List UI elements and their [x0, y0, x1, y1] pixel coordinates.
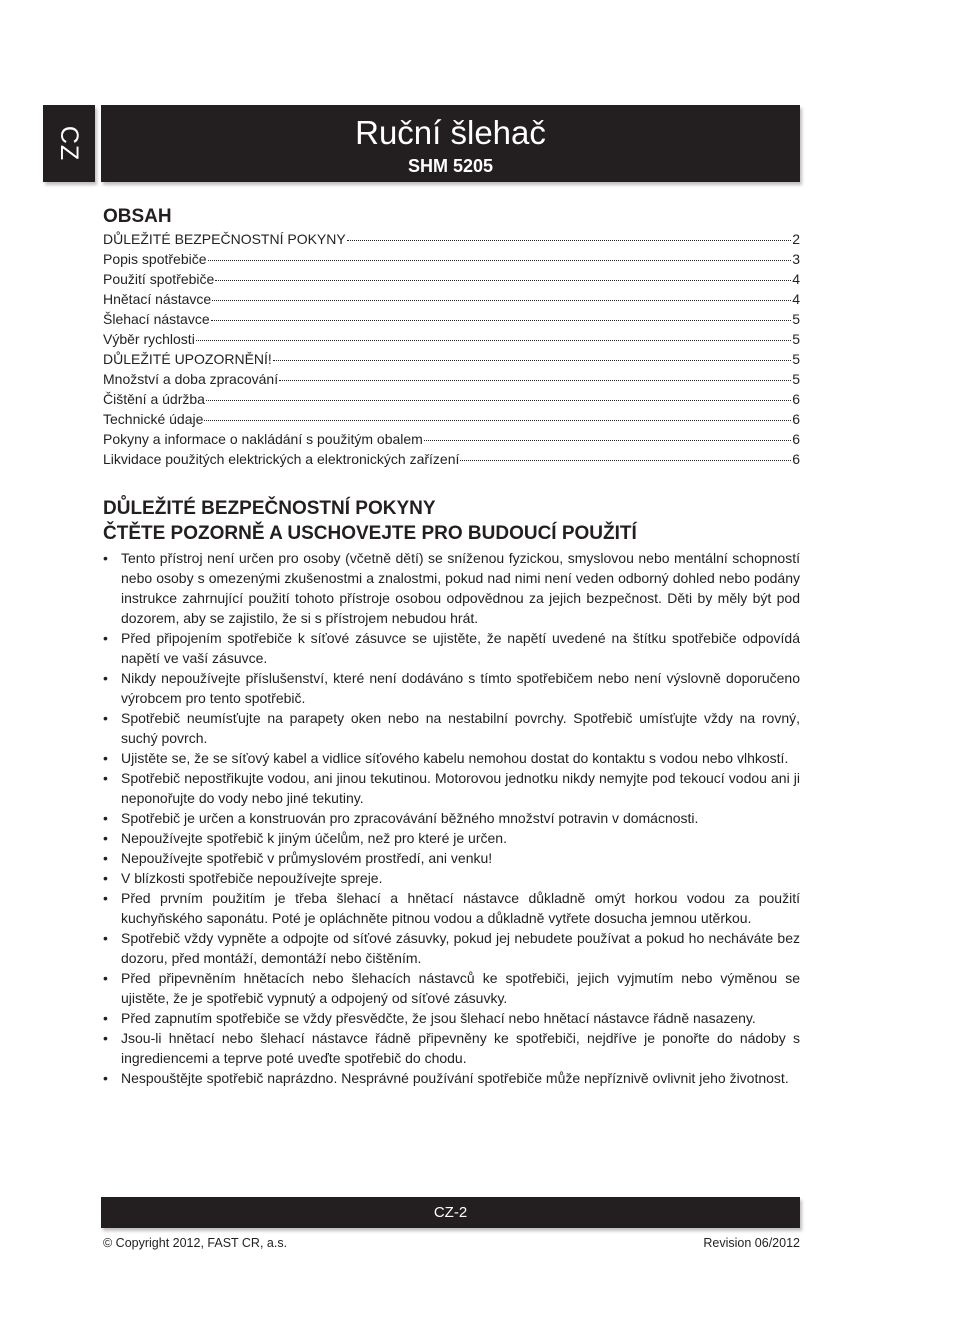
safety-item: •Před zapnutím spotřebiče se vždy přesvě…	[103, 1008, 800, 1028]
bullet-icon: •	[103, 668, 108, 688]
bullet-icon: •	[103, 968, 108, 988]
bullet-icon: •	[103, 888, 108, 908]
toc-entry-label: Výběr rychlosti	[103, 329, 195, 349]
toc-entry-page: 4	[792, 289, 800, 309]
toc-entry[interactable]: Technické údaje6	[103, 409, 800, 429]
bullet-icon: •	[103, 1008, 108, 1028]
toc-leader-dots	[212, 300, 791, 301]
safety-item-text: Před prvním použitím je třeba šlehací a …	[121, 890, 800, 926]
toc-entry[interactable]: Použití spotřebiče4	[103, 269, 800, 289]
toc-leader-dots	[206, 400, 791, 401]
toc-entry-label: Hnětací nástavce	[103, 289, 211, 309]
safety-item-text: Ujistěte se, že se síťový kabel a vidlic…	[121, 750, 788, 766]
model-number: SHM 5205	[101, 155, 800, 177]
bullet-icon: •	[103, 1028, 108, 1048]
title-banner: Ruční šlehač SHM 5205	[101, 105, 800, 182]
bullet-icon: •	[103, 808, 108, 828]
document-title: Ruční šlehač	[101, 113, 800, 153]
safety-item-text: Nepoužívejte spotřebič v průmyslovém pro…	[121, 850, 492, 866]
safety-item: •Nikdy nepoužívejte příslušenství, které…	[103, 668, 800, 708]
safety-item: •V blízkosti spotřebiče nepoužívejte spr…	[103, 868, 800, 888]
toc-entry-page: 3	[792, 249, 800, 269]
toc-entry[interactable]: Likvidace použitých elektrických a elekt…	[103, 449, 800, 469]
toc-leader-dots	[215, 280, 791, 281]
bullet-icon: •	[103, 928, 108, 948]
toc-entry-label: Popis spotřebiče	[103, 249, 207, 269]
safety-item-text: Nikdy nepoužívejte příslušenství, které …	[121, 670, 800, 706]
bullet-icon: •	[103, 548, 108, 568]
toc-entry-page: 6	[792, 409, 800, 429]
page-number: CZ-2	[434, 1204, 467, 1221]
safety-item-text: Spotřebič je určen a konstruován pro zpr…	[121, 810, 698, 826]
toc-entry-page: 2	[792, 229, 800, 249]
safety-item-text: Před zapnutím spotřebiče se vždy přesvěd…	[121, 1010, 756, 1026]
safety-item: •Tento přístroj není určen pro osoby (vč…	[103, 548, 800, 628]
language-code: CZ	[54, 126, 83, 161]
bullet-icon: •	[103, 708, 108, 728]
toc-entry-label: Technické údaje	[103, 409, 203, 429]
toc-entry-page: 5	[792, 369, 800, 389]
page-number-bar: CZ-2	[101, 1197, 800, 1228]
language-tab: CZ	[43, 105, 95, 182]
safety-item: •Před připevněním hnětacích nebo šlehací…	[103, 968, 800, 1008]
safety-item: •Spotřebič nepostřikujte vodou, ani jino…	[103, 768, 800, 808]
toc-entry-label: Množství a doba zpracování	[103, 369, 278, 389]
safety-item-text: Spotřebič nepostřikujte vodou, ani jinou…	[121, 770, 800, 806]
bullet-icon: •	[103, 1068, 108, 1088]
toc-entry[interactable]: Čištění a údržba6	[103, 389, 800, 409]
safety-list: •Tento přístroj není určen pro osoby (vč…	[103, 548, 800, 1088]
toc-heading: OBSAH	[103, 206, 800, 228]
toc-leader-dots	[208, 260, 792, 261]
safety-item: •Nepoužívejte spotřebič v průmyslovém pr…	[103, 848, 800, 868]
copyright: © Copyright 2012, FAST CR, a.s.	[103, 1235, 287, 1251]
bullet-icon: •	[103, 868, 108, 888]
toc-entry[interactable]: Hnětací nástavce4	[103, 289, 800, 309]
safety-item: •Nespouštějte spotřebič naprázdno. Nespr…	[103, 1068, 800, 1088]
revision: Revision 06/2012	[703, 1235, 800, 1251]
toc-entry-page: 6	[792, 389, 800, 409]
safety-item: •Jsou-li hnětací nebo šlehací nástavce ř…	[103, 1028, 800, 1068]
safety-item: •Spotřebič je určen a konstruován pro zp…	[103, 808, 800, 828]
safety-item-text: Tento přístroj není určen pro osoby (vče…	[121, 550, 800, 626]
toc-entry-label: Čištění a údržba	[103, 389, 205, 409]
bullet-icon: •	[103, 748, 108, 768]
toc-leader-dots	[279, 380, 791, 381]
toc-entry-page: 6	[792, 429, 800, 449]
toc-entry[interactable]: Pokyny a informace o nakládání s použitý…	[103, 429, 800, 449]
safety-item: •Nepoužívejte spotřebič k jiným účelům, …	[103, 828, 800, 848]
safety-heading: DŮLEŽITÉ BEZPEČNOSTNÍ POKYNY	[103, 496, 800, 521]
safety-item-text: Spotřebič vždy vypněte a odpojte od síťo…	[121, 930, 800, 966]
safety-item-text: Jsou-li hnětací nebo šlehací nástavce řá…	[121, 1030, 800, 1066]
safety-item-text: Před připojením spotřebiče k síťové zásu…	[121, 630, 800, 666]
safety-item-text: Spotřebič neumísťujte na parapety oken n…	[121, 710, 800, 746]
toc-entry-page: 5	[792, 309, 800, 329]
toc-leader-dots	[196, 340, 791, 341]
toc-entry[interactable]: DŮLEŽITÉ UPOZORNĚNÍ!5	[103, 349, 800, 369]
safety-item: •Ujistěte se, že se síťový kabel a vidli…	[103, 748, 800, 768]
toc-entry-label: Použití spotřebiče	[103, 269, 214, 289]
safety-item: •Spotřebič vždy vypněte a odpojte od síť…	[103, 928, 800, 968]
toc-entry-label: DŮLEŽITÉ UPOZORNĚNÍ!	[103, 349, 272, 369]
toc-entry-page: 5	[792, 329, 800, 349]
toc-entry-label: Šlehací nástavce	[103, 309, 210, 329]
safety-item-text: Před připevněním hnětacích nebo šlehacíc…	[121, 970, 800, 1006]
table-of-contents: OBSAH DŮLEŽITÉ BEZPEČNOSTNÍ POKYNY2Popis…	[103, 206, 800, 469]
toc-entry-label: Pokyny a informace o nakládání s použitý…	[103, 429, 423, 449]
toc-entry[interactable]: DŮLEŽITÉ BEZPEČNOSTNÍ POKYNY2	[103, 229, 800, 249]
toc-entry[interactable]: Výběr rychlosti5	[103, 329, 800, 349]
toc-entry[interactable]: Množství a doba zpracování5	[103, 369, 800, 389]
toc-entry-page: 6	[792, 449, 800, 469]
safety-item-text: Nepoužívejte spotřebič k jiným účelům, n…	[121, 830, 507, 846]
toc-entry[interactable]: Šlehací nástavce5	[103, 309, 800, 329]
bullet-icon: •	[103, 628, 108, 648]
toc-leader-dots	[424, 440, 791, 441]
bullet-icon: •	[103, 848, 108, 868]
safety-item: •Před prvním použitím je třeba šlehací a…	[103, 888, 800, 928]
bullet-icon: •	[103, 768, 108, 788]
toc-entry[interactable]: Popis spotřebiče3	[103, 249, 800, 269]
toc-leader-dots	[347, 240, 791, 241]
safety-instructions: DŮLEŽITÉ BEZPEČNOSTNÍ POKYNY ČTĚTE POZOR…	[103, 496, 800, 1088]
safety-item: •Před připojením spotřebiče k síťové zás…	[103, 628, 800, 668]
safety-item: •Spotřebič neumísťujte na parapety oken …	[103, 708, 800, 748]
toc-entry-page: 4	[792, 269, 800, 289]
toc-leader-dots	[460, 460, 791, 461]
toc-list: DŮLEŽITÉ BEZPEČNOSTNÍ POKYNY2Popis spotř…	[103, 229, 800, 469]
toc-leader-dots	[273, 360, 791, 361]
toc-entry-label: DŮLEŽITÉ BEZPEČNOSTNÍ POKYNY	[103, 229, 346, 249]
safety-item-text: V blízkosti spotřebiče nepoužívejte spre…	[121, 870, 382, 886]
safety-item-text: Nespouštějte spotřebič naprázdno. Nesprá…	[121, 1070, 789, 1086]
toc-entry-page: 5	[792, 349, 800, 369]
bullet-icon: •	[103, 828, 108, 848]
toc-entry-label: Likvidace použitých elektrických a elekt…	[103, 449, 459, 469]
toc-leader-dots	[204, 420, 791, 421]
toc-leader-dots	[211, 320, 792, 321]
safety-subheading: ČTĚTE POZORNĚ A USCHOVEJTE PRO BUDOUCÍ P…	[103, 521, 800, 546]
